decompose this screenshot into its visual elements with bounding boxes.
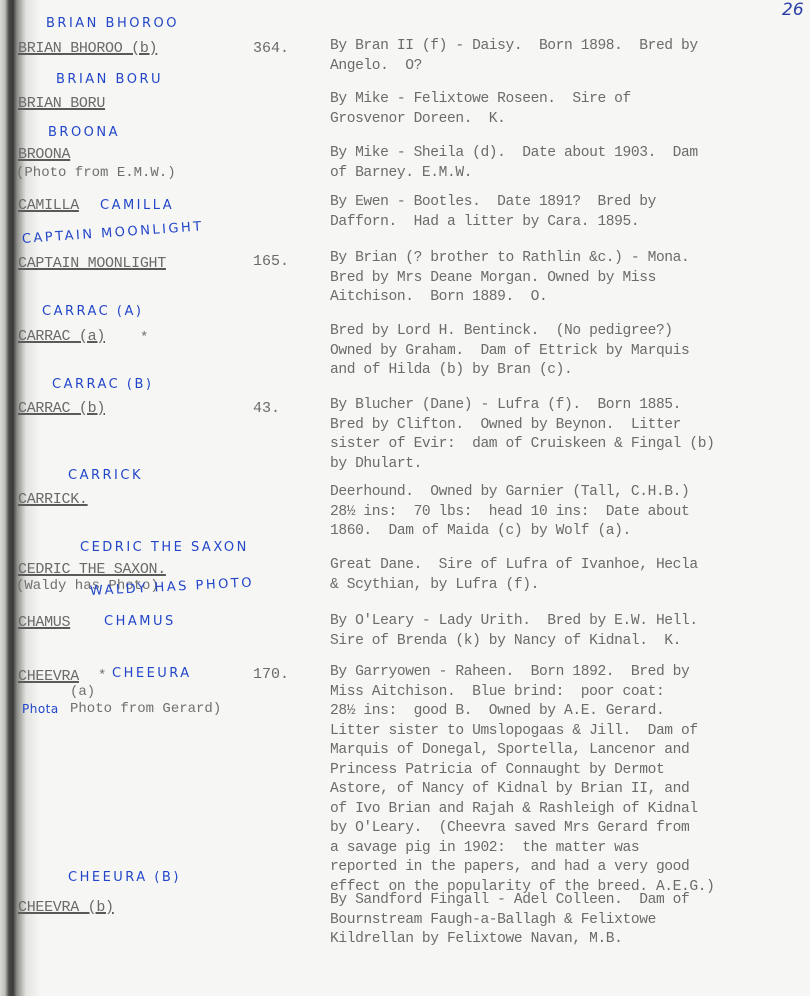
handwritten-annotation: CHEEURA (B) (68, 870, 181, 885)
handwritten-annotation: CHEEURA (112, 666, 192, 681)
handwritten-annotation: CARRAC (B) (52, 377, 153, 392)
entry-name: CHAMUS (18, 614, 70, 631)
entry-name: BRIAN BHOROO (b) (18, 40, 157, 57)
handwritten-annotation: BRIAN BHOROO (46, 16, 179, 31)
handwritten-annotation: BRIAN BORU (56, 72, 163, 87)
entry-name: CAMILLA (18, 197, 79, 214)
entry-description: By Bran II (f) - Daisy. Born 1898. Bred … (330, 37, 810, 76)
page-number: 26 (782, 0, 804, 20)
entry-description: By Sandford Fingall - Adel Colleen. Dam … (330, 891, 810, 950)
handwritten-annotation: CARRAC (A) (42, 304, 143, 319)
entry-description: Great Dane. Sire of Lufra of Ivanhoe, He… (330, 556, 810, 595)
handwritten-annotation: CAPTAIN MOONLIGHT (21, 219, 204, 247)
entry-marker: * (140, 330, 148, 346)
entry-name: CHEEVRA (b) (18, 899, 114, 916)
entry-suffix: (a) (70, 684, 95, 700)
handwritten-annotation: CARRICK (68, 468, 143, 483)
entry-description: By O'Leary - Lady Urith. Bred by E.W. He… (330, 612, 810, 651)
entry-description: By Blucher (Dane) - Lufra (f). Born 1885… (330, 396, 810, 474)
entry-name: CEDRIC THE SAXON. (18, 561, 166, 578)
handwritten-annotation: BROONA (48, 125, 120, 140)
entry-name: BRIAN BORU (18, 95, 105, 112)
entry-description: By Brian (? brother to Rathlin &c.) - Mo… (330, 249, 810, 308)
entry-number: 165. (253, 253, 289, 270)
handwritten-annotation: CAMILLA (100, 198, 174, 213)
entry-name: CARRICK. (18, 491, 88, 508)
entry-marker: * (98, 668, 106, 684)
entry-description: By Garryowen - Raheen. Born 1892. Bred b… (330, 663, 810, 897)
handwritten-annotation: CEDRIC THE SAXON (80, 540, 249, 555)
entry-name: BROONA (18, 146, 70, 163)
entry-description: By Mike - Felixtowe Roseen. Sire of Gros… (330, 90, 810, 129)
handwritten-annotation: CHAMUS (104, 614, 176, 629)
entry-number: 43. (253, 400, 280, 417)
entry-description: Bred by Lord H. Bentinck. (No pedigree?)… (330, 322, 810, 381)
entry-name: CAPTAIN MOONLIGHT (18, 255, 166, 272)
entry-description: Deerhound. Owned by Garnier (Tall, C.H.B… (330, 483, 810, 542)
entry-number: 170. (253, 666, 289, 683)
entry-description: By Ewen - Bootles. Date 1891? Bred by Da… (330, 193, 810, 232)
entry-name: CARRAC (a) (18, 328, 105, 345)
entry-name: CHEEVRA (18, 668, 79, 685)
entry-description: By Mike - Sheila (d). Date about 1903. D… (330, 144, 810, 183)
entry-note: (Photo from E.M.W.) (16, 165, 176, 181)
entry-note: Photo from Gerard) (70, 701, 221, 717)
handwritten-note-photo: Phota (22, 702, 59, 716)
entry-number: 364. (253, 40, 289, 57)
entry-name: CARRAC (b) (18, 400, 105, 417)
